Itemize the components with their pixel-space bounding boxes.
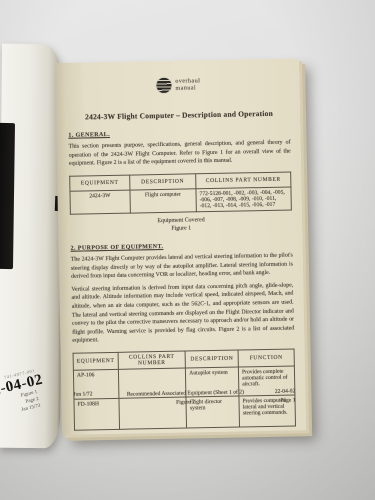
table2-header-part-number: COLLINS PART NUMBER	[118, 351, 186, 369]
section2-heading: 2. PURPOSE OF EQUIPMENT.	[71, 242, 293, 252]
table1-cell-part-number: 772-5128-001, -002, -003, -004, -005, -0…	[196, 187, 291, 212]
table1-header-equipment: EQUIPMENT	[70, 175, 130, 191]
equipment-covered-table: EQUIPMENT DESCRIPTION COLLINS PART NUMBE…	[69, 171, 292, 214]
table2-header-equipment: EQUIPMENT	[73, 352, 118, 370]
logo-text-line2: manual	[175, 85, 200, 92]
table1-header-description: DESCRIPTION	[129, 174, 196, 190]
section2-paragraph1: The 2424-3W Flight Computer provides lat…	[71, 252, 293, 282]
table1-cell-description: Flight computer	[130, 189, 197, 213]
table1-cell-equipment: 2424-3W	[70, 190, 130, 214]
page-title: 2424-3W Flight Computer – Description an…	[68, 108, 290, 121]
manual-page: overhaul manual 2424-3W Flight Computer …	[55, 58, 306, 435]
table2-header-function: FUNCTION	[238, 349, 294, 367]
manufacturer-logo: overhaul manual	[67, 76, 289, 95]
table-row: 2424-3W Flight computer 772-5128-001, -0…	[70, 187, 291, 214]
footer-date: Jun 1/72	[73, 391, 119, 398]
section1-heading: 1. GENERAL.	[68, 128, 290, 138]
section2-paragraph2: Vertical steering information is derived…	[71, 281, 294, 345]
black-cover-edge	[0, 123, 15, 269]
footer-page-number: Page 1	[251, 396, 295, 405]
section1-paragraph: This section presents purpose, specifica…	[69, 138, 291, 168]
table2-header-description: DESCRIPTION	[185, 350, 238, 368]
collins-logo-icon	[156, 78, 171, 93]
